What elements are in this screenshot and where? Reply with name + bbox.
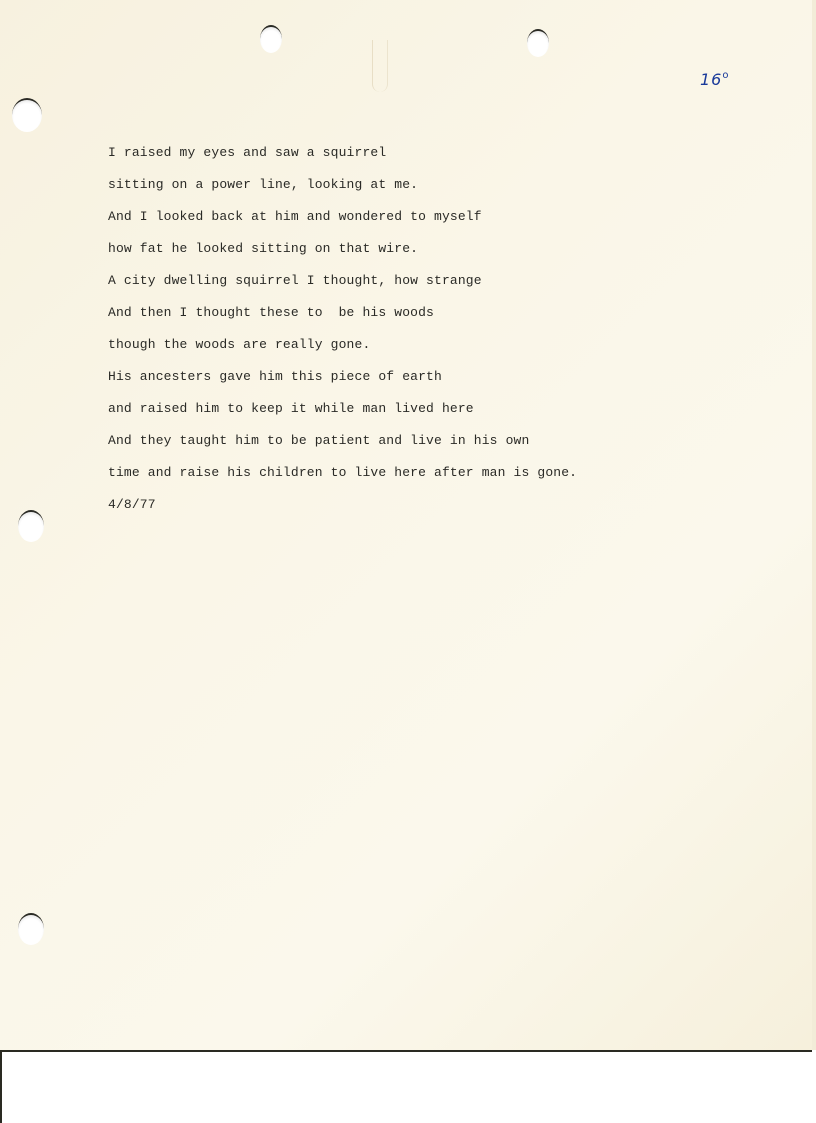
punch-hole-icon [260, 25, 282, 53]
punch-hole-icon [12, 98, 42, 132]
punch-hole-icon [18, 510, 44, 542]
paper-sheet: 16o I raised my eyes and saw a squirrel … [0, 0, 812, 1052]
annotation-superscript: o [722, 70, 729, 81]
annotation-number: 16 [700, 70, 722, 89]
scanned-page: 16o I raised my eyes and saw a squirrel … [0, 0, 816, 1123]
poem-body: I raised my eyes and saw a squirrel sitt… [108, 144, 577, 516]
poem-line: His ancesters gave him this piece of ear… [108, 368, 577, 400]
poem-line: and raised him to keep it while man live… [108, 400, 577, 432]
poem-line: And then I thought these to be his woods [108, 304, 577, 336]
poem-line: though the woods are really gone. [108, 336, 577, 368]
poem-line: time and raise his children to live here… [108, 464, 577, 496]
punch-hole-icon [527, 29, 549, 57]
handwritten-annotation: 16o [700, 70, 729, 89]
poem-date: 4/8/77 [108, 496, 577, 516]
paper-fold-mark [372, 40, 388, 92]
scan-edge-line [0, 1050, 2, 1123]
poem-line: And I looked back at him and wondered to… [108, 208, 577, 240]
poem-line: sitting on a power line, looking at me. [108, 176, 577, 208]
poem-line: how fat he looked sitting on that wire. [108, 240, 577, 272]
punch-hole-icon [18, 913, 44, 945]
poem-line: A city dwelling squirrel I thought, how … [108, 272, 577, 304]
poem-line: And they taught him to be patient and li… [108, 432, 577, 464]
poem-line: I raised my eyes and saw a squirrel [108, 144, 577, 176]
